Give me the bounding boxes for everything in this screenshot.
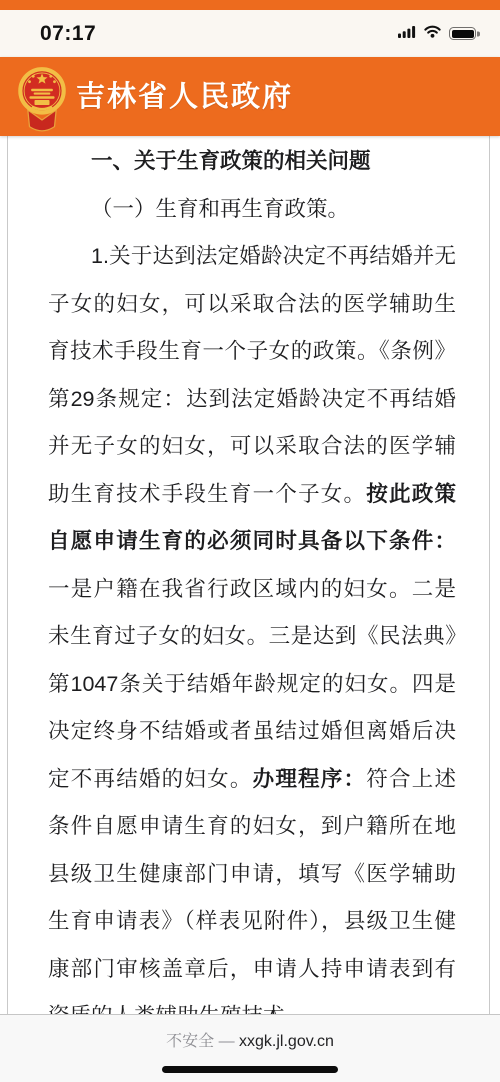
status-bar: 07:17 (0, 10, 500, 57)
national-emblem-icon (17, 65, 67, 135)
security-label: 不安全 (166, 1033, 214, 1050)
article-body: 一、关于生育政策的相关问题 （一）生育和再生育政策。 1.关于达到法定婚龄决定不… (48, 138, 456, 1014)
url-line[interactable]: 不安全 — xxgk.jl.gov.cn (0, 1028, 500, 1051)
status-icons (398, 25, 476, 43)
url-separator: — (219, 1033, 235, 1050)
status-time: 07:17 (40, 22, 96, 46)
site-header: 吉林省人民政府 (0, 57, 500, 136)
article-card: 一、关于生育政策的相关问题 （一）生育和再生育政策。 1.关于达到法定婚龄决定不… (7, 136, 490, 1014)
wifi-icon (424, 25, 441, 43)
paragraph-segment-bold: 办理程序： (253, 767, 367, 791)
article-paragraph: 1.关于达到法定婚龄决定不再结婚并无子女的妇女，可以采取合法的医学辅助生育技术手… (48, 233, 456, 1014)
browser-address-bar[interactable]: 不安全 — xxgk.jl.gov.cn (0, 1014, 500, 1082)
site-title: 吉林省人民政府 (76, 74, 293, 115)
cellular-signal-icon (398, 25, 416, 43)
paragraph-segment: 一是户籍在我省行政区域内的妇女。二是未生育过子女的妇女。三是达到《民法典》第10… (48, 577, 456, 791)
paragraph-segment: 1.关于达到法定婚龄决定不再结婚并无子女的妇女，可以采取合法的医学辅助生育技术手… (48, 244, 456, 506)
content-area[interactable]: 一、关于生育政策的相关问题 （一）生育和再生育政策。 1.关于达到法定婚龄决定不… (0, 136, 500, 1014)
top-accent-strip (0, 0, 500, 10)
article-subheading: （一）生育和再生育政策。 (48, 186, 456, 234)
url-domain: xxgk.jl.gov.cn (239, 1033, 334, 1050)
home-indicator[interactable] (162, 1066, 338, 1073)
paragraph-segment: 符合上述条件自愿申请生育的妇女，到户籍所在地县级卫生健康部门申请，填写《医学辅助… (48, 767, 456, 1015)
article-heading: 一、关于生育政策的相关问题 (48, 138, 456, 186)
battery-icon (449, 27, 476, 40)
